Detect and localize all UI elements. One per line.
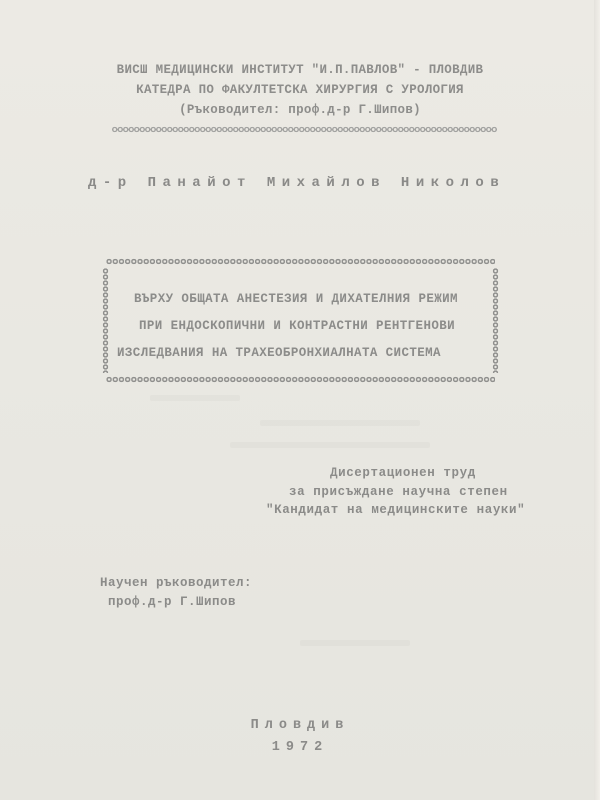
show-through-mark	[150, 395, 240, 401]
department-head-line: (Ръководител: проф.д-р Г.Шипов)	[0, 103, 600, 117]
header-separator	[112, 126, 497, 133]
title-line-1: ВЪРХУ ОБЩАТА АНЕСТЕЗИЯ И ДИХАТЕЛНИЯ РЕЖИ…	[134, 292, 458, 306]
author-name: д-р Панайот Михайлов Николов	[88, 175, 505, 191]
institution-line: ВИСШ МЕДИЦИНСКИ ИНСТИТУТ "И.П.ПАВЛОВ" - …	[0, 63, 600, 77]
frame-top-border	[106, 258, 495, 265]
year: 1972	[0, 740, 600, 755]
dissertation-line-1: Дисертационен труд	[330, 466, 476, 480]
city: Пловдив	[0, 718, 600, 733]
show-through-mark	[300, 640, 410, 646]
advisor-label: Научен ръководител:	[100, 576, 252, 590]
document-page: ВИСШ МЕДИЦИНСКИ ИНСТИТУТ "И.П.ПАВЛОВ" - …	[0, 0, 600, 800]
dissertation-line-3: "Кандидат на медицинските науки"	[266, 503, 525, 517]
department-line: КАТЕДРА ПО ФАКУЛТЕТСКА ХИРУРГИЯ С УРОЛОГ…	[0, 83, 600, 97]
dissertation-line-2: за присъждане научна степен	[289, 485, 508, 499]
show-through-mark	[260, 420, 420, 426]
frame-bottom-border	[106, 376, 495, 383]
frame-left-border	[102, 268, 109, 373]
advisor-name: проф.д-р Г.Шипов	[108, 595, 236, 609]
show-through-mark	[230, 442, 430, 448]
page-edge	[594, 0, 600, 800]
title-line-3: ИЗСЛЕДВАНИЯ НА ТРАХЕОБРОНХИАЛНАТА СИСТЕМ…	[117, 346, 441, 360]
frame-right-border	[492, 268, 499, 373]
title-line-2: ПРИ ЕНДОСКОПИЧНИ И КОНТРАСТНИ РЕНТГЕНОВИ	[139, 319, 455, 333]
